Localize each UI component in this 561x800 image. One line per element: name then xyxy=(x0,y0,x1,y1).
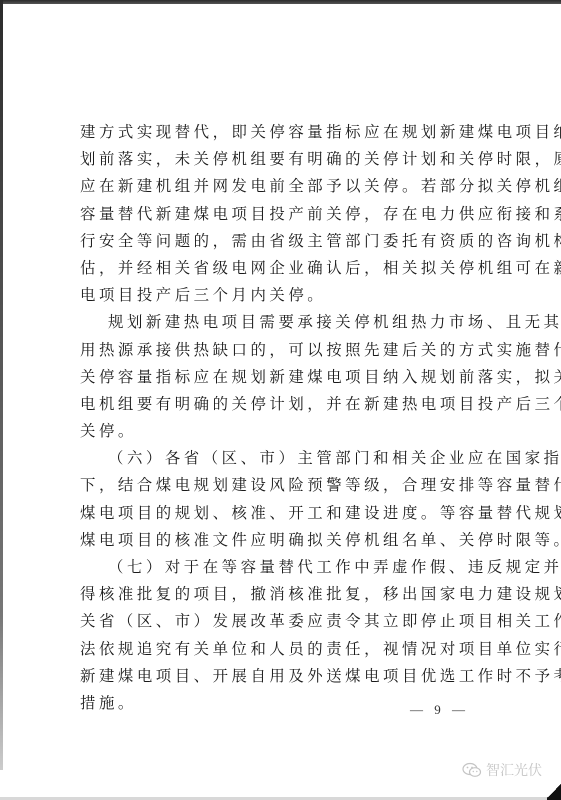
text-line: 新建煤电项目、开展自用及外送煤电项目优选工作时不予考虑等 xyxy=(80,663,464,690)
watermark: 智汇光伏 xyxy=(462,760,542,780)
paragraph-heat-power: 规划新建热电项目需要承接关停机组热力市场、且无其他备 用热源承接供热缺口的，可以… xyxy=(80,309,464,445)
text-line: 措施。 xyxy=(80,690,464,717)
text-line: 关停。 xyxy=(80,418,464,445)
paragraph-section-7: （七）对于在等容量替代工作中弄虚作假、违反规定并已取 得核准批复的项目，撤消核准… xyxy=(80,554,464,717)
text-line: 电项目投产后三个月内关停。 xyxy=(80,282,464,309)
text-line: 用热源承接供热缺口的，可以按照先建后关的方式实施替代。即 xyxy=(80,337,464,364)
page-number: — 9 — xyxy=(410,702,469,718)
text-line: 关省（区、市）发展改革委应责令其立即停止项目相关工作，依 xyxy=(80,608,464,635)
text-line: 行安全等问题的，需由省级主管部门委托有资质的咨询机构评 xyxy=(80,228,464,255)
paragraph-section-6: （六）各省（区、市）主管部门和相关企业应在国家指导 下，结合煤电规划建设风险预警… xyxy=(80,445,464,554)
text-line: 法依规追究有关单位和人员的责任，视情况对项目单位实行限批 xyxy=(80,636,464,663)
text-line: （六）各省（区、市）主管部门和相关企业应在国家指导 xyxy=(80,445,464,472)
text-line: 煤电项目的核准文件应明确拟关停机组名单、关停时限等。 xyxy=(80,527,464,554)
text-line: 划前落实，未关停机组要有明确的关停计划和关停时限，原则上 xyxy=(80,146,464,173)
text-line: 下，结合煤电规划建设风险预警等级，合理安排等容量替代新建 xyxy=(80,472,464,499)
scan-corner-mark xyxy=(547,782,561,800)
text-line: 建方式实现替代，即关停容量指标应在规划新建煤电项目纳入规 xyxy=(80,119,464,146)
document-body: 建方式实现替代，即关停容量指标应在规划新建煤电项目纳入规 划前落实，未关停机组要… xyxy=(80,119,464,717)
text-line: 电机组要有明确的关停计划，并在新建热电项目投产后三个月内 xyxy=(80,391,464,418)
watermark-text: 智汇光伏 xyxy=(486,760,542,780)
text-line: 应在新建机组并网发电前全部予以关停。若部分拟关停机组在等 xyxy=(80,173,464,200)
text-line: 关停容量指标应在规划新建煤电项目纳入规划前落实，拟关停热 xyxy=(80,364,464,391)
text-line: （七）对于在等容量替代工作中弄虚作假、违反规定并已取 xyxy=(80,554,464,581)
text-line: 煤电项目的规划、核准、开工和建设进度。等容量替代规划建设 xyxy=(80,500,464,527)
text-line: 规划新建热电项目需要承接关停机组热力市场、且无其他备 xyxy=(80,309,464,336)
paragraph-continuation: 建方式实现替代，即关停容量指标应在规划新建煤电项目纳入规 划前落实，未关停机组要… xyxy=(80,119,464,309)
scan-border-left xyxy=(0,0,3,770)
text-line: 容量替代新建煤电项目投产前关停，存在电力供应衔接和系统运 xyxy=(80,201,464,228)
text-line: 得核准批复的项目，撤消核准批复，移出国家电力建设规划，相 xyxy=(80,581,464,608)
scan-border-top xyxy=(0,0,561,4)
text-line: 估，并经相关省级电网企业确认后，相关拟关停机组可在新建煤 xyxy=(80,255,464,282)
wechat-icon xyxy=(462,762,482,778)
